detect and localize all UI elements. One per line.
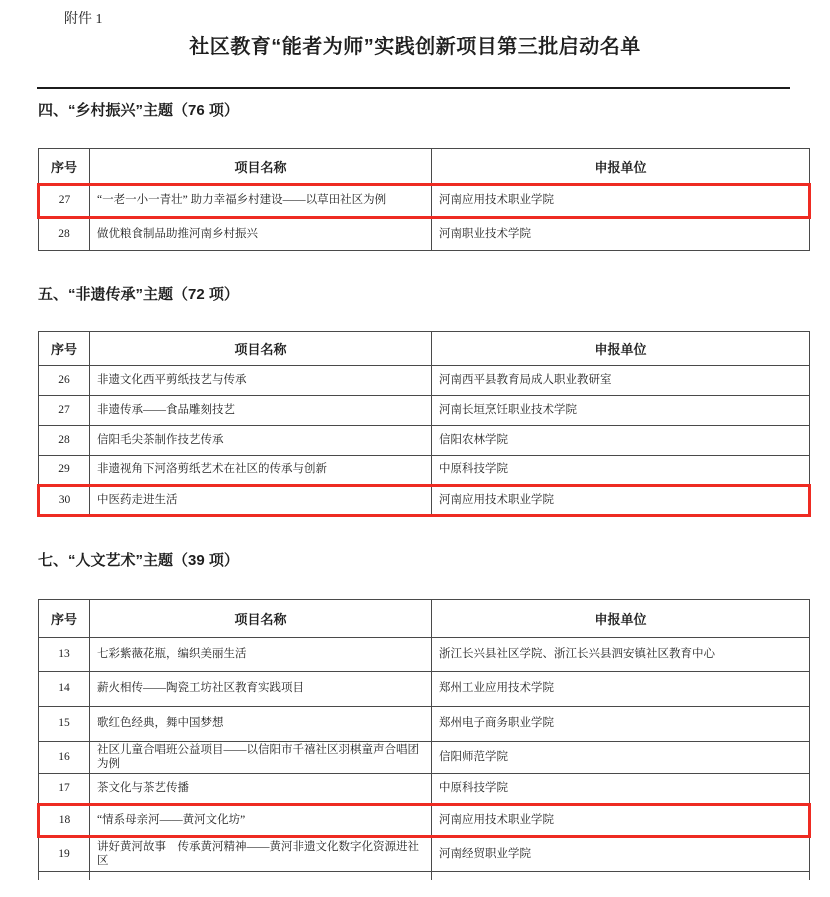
row-number-cell: 19 bbox=[39, 837, 90, 872]
applicant-org-cell: 中原科技学院 bbox=[432, 774, 810, 805]
project-name-cell: 薪火相传——陶瓷工坊社区教育实践项目 bbox=[90, 672, 432, 707]
project-name-cell: 讲好黄河故事 传承黄河精神——黄河非遗文化数字化资源进社区 bbox=[90, 837, 432, 872]
table-header-row: 序号 项目名称 申报单位 bbox=[39, 149, 810, 185]
row-number-cell: 17 bbox=[39, 774, 90, 805]
row-number-cell: 26 bbox=[39, 366, 90, 396]
table-row: 28 做优粮食制品助推河南乡村振兴 河南职业技术学院 bbox=[39, 218, 810, 251]
table-header-row: 序号 项目名称 申报单位 bbox=[39, 600, 810, 638]
applicant-org-cell: 信阳农林学院 bbox=[432, 426, 810, 456]
project-name-cell: 非遗视角下河洛剪纸艺术在社区的传承与创新 bbox=[90, 456, 432, 486]
applicant-org-cell: 信阳师范学院 bbox=[432, 742, 810, 774]
applicant-org-cell: 郑州工业应用技术学院 bbox=[432, 672, 810, 707]
table-row: 13 七彩紫薇花瓶，编织美丽生活 浙江长兴县社区学院、浙江长兴县泗安镇社区教育中… bbox=[39, 638, 810, 672]
project-name-cell: “一老一小一青壮” 助力幸福乡村建设——以草田社区为例 bbox=[90, 185, 432, 218]
row-number-cell: 28 bbox=[39, 218, 90, 251]
project-name-cell: 做优粮食制品助推河南乡村振兴 bbox=[90, 218, 432, 251]
row-number-cell: 15 bbox=[39, 707, 90, 742]
section-heading-intangible-heritage: 五、“非遗传承”主题（72 项） bbox=[38, 283, 239, 304]
column-header-org: 申报单位 bbox=[432, 600, 810, 638]
project-name-cell: 歌红色经典，舞中国梦想 bbox=[90, 707, 432, 742]
project-name-cell: 七彩紫薇花瓶，编织美丽生活 bbox=[90, 638, 432, 672]
project-name-cell: 非遗文化西平剪纸技艺与传承 bbox=[90, 366, 432, 396]
document-page: 附件 1 社区教育“能者为师”实践创新项目第三批启动名单 四、“乡村振兴”主题（… bbox=[0, 0, 830, 897]
applicant-org-cell: 浙江长兴县社区学院、浙江长兴县泗安镇社区教育中心 bbox=[432, 638, 810, 672]
section-heading-humanities-arts: 七、“人文艺术”主题（39 项） bbox=[38, 549, 239, 570]
cutoff-cell bbox=[432, 872, 810, 880]
table-header-row: 序号 项目名称 申报单位 bbox=[39, 332, 810, 366]
cutoff-cell bbox=[39, 872, 90, 880]
column-header-project: 项目名称 bbox=[90, 332, 432, 366]
table-row: 19 讲好黄河故事 传承黄河精神——黄河非遗文化数字化资源进社区 河南经贸职业学… bbox=[39, 837, 810, 872]
applicant-org-cell: 中原科技学院 bbox=[432, 456, 810, 486]
row-number-cell: 28 bbox=[39, 426, 90, 456]
applicant-org-cell: 河南西平县教育局成人职业教研室 bbox=[432, 366, 810, 396]
page-title: 社区教育“能者为师”实践创新项目第三批启动名单 bbox=[0, 30, 830, 59]
row-number-cell: 14 bbox=[39, 672, 90, 707]
row-number-cell: 29 bbox=[39, 456, 90, 486]
column-header-org: 申报单位 bbox=[432, 149, 810, 185]
row-number-cell: 13 bbox=[39, 638, 90, 672]
project-name-cell: 非遗传承——食品雕刻技艺 bbox=[90, 396, 432, 426]
applicant-org-cell: 河南长垣烹饪职业技术学院 bbox=[432, 396, 810, 426]
column-header-org: 申报单位 bbox=[432, 332, 810, 366]
section-heading-rural-revitalization: 四、“乡村振兴”主题（76 项） bbox=[38, 99, 239, 120]
title-divider bbox=[37, 87, 790, 89]
column-header-project: 项目名称 bbox=[90, 149, 432, 185]
highlighted-row: 27 “一老一小一青壮” 助力幸福乡村建设——以草田社区为例 河南应用技术职业学… bbox=[39, 185, 810, 218]
row-number-cell: 27 bbox=[39, 396, 90, 426]
applicant-org-cell: 郑州电子商务职业学院 bbox=[432, 707, 810, 742]
project-name-cell: 中医药走进生活 bbox=[90, 486, 432, 516]
highlighted-row: 18 “情系母亲河——黄河文化坊” 河南应用技术职业学院 bbox=[39, 805, 810, 837]
table-cutoff-row bbox=[39, 872, 810, 880]
project-name-cell: 信阳毛尖茶制作技艺传承 bbox=[90, 426, 432, 456]
attachment-label: 附件 1 bbox=[64, 8, 103, 28]
cutoff-cell bbox=[90, 872, 432, 880]
applicant-org-cell: 河南应用技术职业学院 bbox=[432, 185, 810, 218]
table-row: 14 薪火相传——陶瓷工坊社区教育实践项目 郑州工业应用技术学院 bbox=[39, 672, 810, 707]
table-row: 27 非遗传承——食品雕刻技艺 河南长垣烹饪职业技术学院 bbox=[39, 396, 810, 426]
table-row: 17 茶文化与茶艺传播 中原科技学院 bbox=[39, 774, 810, 805]
row-number-cell: 30 bbox=[39, 486, 90, 516]
row-number-cell: 18 bbox=[39, 805, 90, 837]
column-header-no: 序号 bbox=[39, 600, 90, 638]
intangible-heritage-table: 序号 项目名称 申报单位 26 非遗文化西平剪纸技艺与传承 河南西平县教育局成人… bbox=[37, 331, 811, 517]
row-number-cell: 27 bbox=[39, 185, 90, 218]
column-header-no: 序号 bbox=[39, 149, 90, 185]
table-row: 15 歌红色经典，舞中国梦想 郑州电子商务职业学院 bbox=[39, 707, 810, 742]
humanities-arts-table: 序号 项目名称 申报单位 13 七彩紫薇花瓶，编织美丽生活 浙江长兴县社区学院、… bbox=[37, 599, 811, 880]
table-row: 28 信阳毛尖茶制作技艺传承 信阳农林学院 bbox=[39, 426, 810, 456]
table-row: 26 非遗文化西平剪纸技艺与传承 河南西平县教育局成人职业教研室 bbox=[39, 366, 810, 396]
applicant-org-cell: 河南应用技术职业学院 bbox=[432, 805, 810, 837]
project-name-cell: 茶文化与茶艺传播 bbox=[90, 774, 432, 805]
project-name-cell: 社区儿童合唱班公益项目——以信阳市千禧社区羽棋童声合唱团为例 bbox=[90, 742, 432, 774]
row-number-cell: 16 bbox=[39, 742, 90, 774]
applicant-org-cell: 河南应用技术职业学院 bbox=[432, 486, 810, 516]
table-row: 29 非遗视角下河洛剪纸艺术在社区的传承与创新 中原科技学院 bbox=[39, 456, 810, 486]
applicant-org-cell: 河南经贸职业学院 bbox=[432, 837, 810, 872]
highlighted-row: 30 中医药走进生活 河南应用技术职业学院 bbox=[39, 486, 810, 516]
column-header-project: 项目名称 bbox=[90, 600, 432, 638]
table-row: 16 社区儿童合唱班公益项目——以信阳市千禧社区羽棋童声合唱团为例 信阳师范学院 bbox=[39, 742, 810, 774]
applicant-org-cell: 河南职业技术学院 bbox=[432, 218, 810, 251]
project-name-cell: “情系母亲河——黄河文化坊” bbox=[90, 805, 432, 837]
rural-revitalization-table: 序号 项目名称 申报单位 27 “一老一小一青壮” 助力幸福乡村建设——以草田社… bbox=[37, 148, 811, 251]
column-header-no: 序号 bbox=[39, 332, 90, 366]
